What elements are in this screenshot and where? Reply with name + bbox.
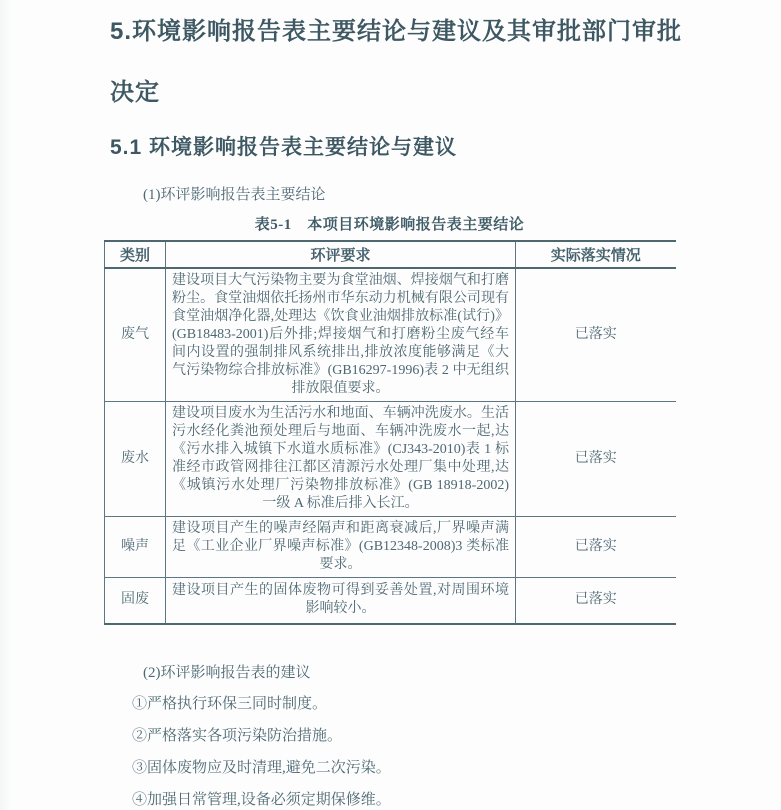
scan-edge-shading (0, 0, 14, 810)
suggestion-item-4: ④加强日常管理,设备必须定期保修维。 (132, 788, 391, 809)
table-row-solid-waste: 固废 建设项目产生的固体废物可得到妥善处置,对周围环境影响较小。 已落实 (105, 578, 676, 624)
suggestion-item-3: ③固体废物应及时清理,避免二次污染。 (132, 756, 391, 777)
table-row-noise: 噪声 建设项目产生的噪声经隔声和距离衰减后,厂界噪声满足《工业企业厂界噪声标准》… (105, 517, 676, 578)
suggestion-item-2: ②严格落实各项污染防治措施。 (132, 724, 342, 745)
status-cell: 已落实 (516, 578, 676, 624)
header-status: 实际落实情况 (516, 241, 676, 268)
document-page: 5.环境影响报告表主要结论与建议及其审批部门审批 决定 5.1 环境影响报告表主… (0, 0, 781, 810)
subsection-1-label: (1)环评影响报告表主要结论 (143, 183, 326, 204)
table-row-waste-gas: 废气 建设项目大气污染物主要为食堂油烟、焊接烟气和打磨粉尘。食堂油烟依托扬州市华… (105, 268, 676, 402)
category-cell: 废水 (105, 402, 166, 517)
status-cell: 已落实 (516, 268, 676, 402)
requirement-cell: 建设项目产生的固体废物可得到妥善处置,对周围环境影响较小。 (166, 578, 516, 624)
subsection-2-label: (2)环评影响报告表的建议 (143, 661, 311, 682)
section-heading: 5.1 环境影响报告表主要结论与建议 (110, 131, 457, 161)
category-cell: 废气 (105, 268, 166, 402)
header-category: 类别 (105, 241, 166, 268)
category-cell: 固废 (105, 578, 166, 624)
requirement-cell: 建设项目大气污染物主要为食堂油烟、焊接烟气和打磨粉尘。食堂油烟依托扬州市华东动力… (166, 268, 516, 402)
conclusions-table: 类别 环评要求 实际落实情况 废气 建设项目大气污染物主要为食堂油烟、焊接烟气和… (104, 240, 676, 625)
category-cell: 噪声 (105, 517, 166, 578)
suggestion-item-1: ①严格执行环保三同时制度。 (132, 692, 327, 713)
requirement-cell: 建设项目废水为生活污水和地面、车辆冲洗废水。生活污水经化粪池预处理后与地面、车辆… (166, 402, 516, 517)
header-requirement: 环评要求 (166, 241, 516, 268)
table-row-waste-water: 废水 建设项目废水为生活污水和地面、车辆冲洗废水。生活污水经化粪池预处理后与地面… (105, 402, 676, 517)
chapter-heading-line2: 决定 (110, 72, 160, 107)
status-cell: 已落实 (516, 517, 676, 578)
table-caption: 表5-1 本项目环境影响报告表主要结论 (104, 213, 675, 234)
status-cell: 已落实 (516, 402, 676, 517)
requirement-cell: 建设项目产生的噪声经隔声和距离衰减后,厂界噪声满足《工业企业厂界噪声标准》(GB… (166, 517, 516, 578)
table-header-row: 类别 环评要求 实际落实情况 (105, 241, 676, 268)
chapter-heading-line1: 5.环境影响报告表主要结论与建议及其审批部门审批 (110, 11, 682, 46)
